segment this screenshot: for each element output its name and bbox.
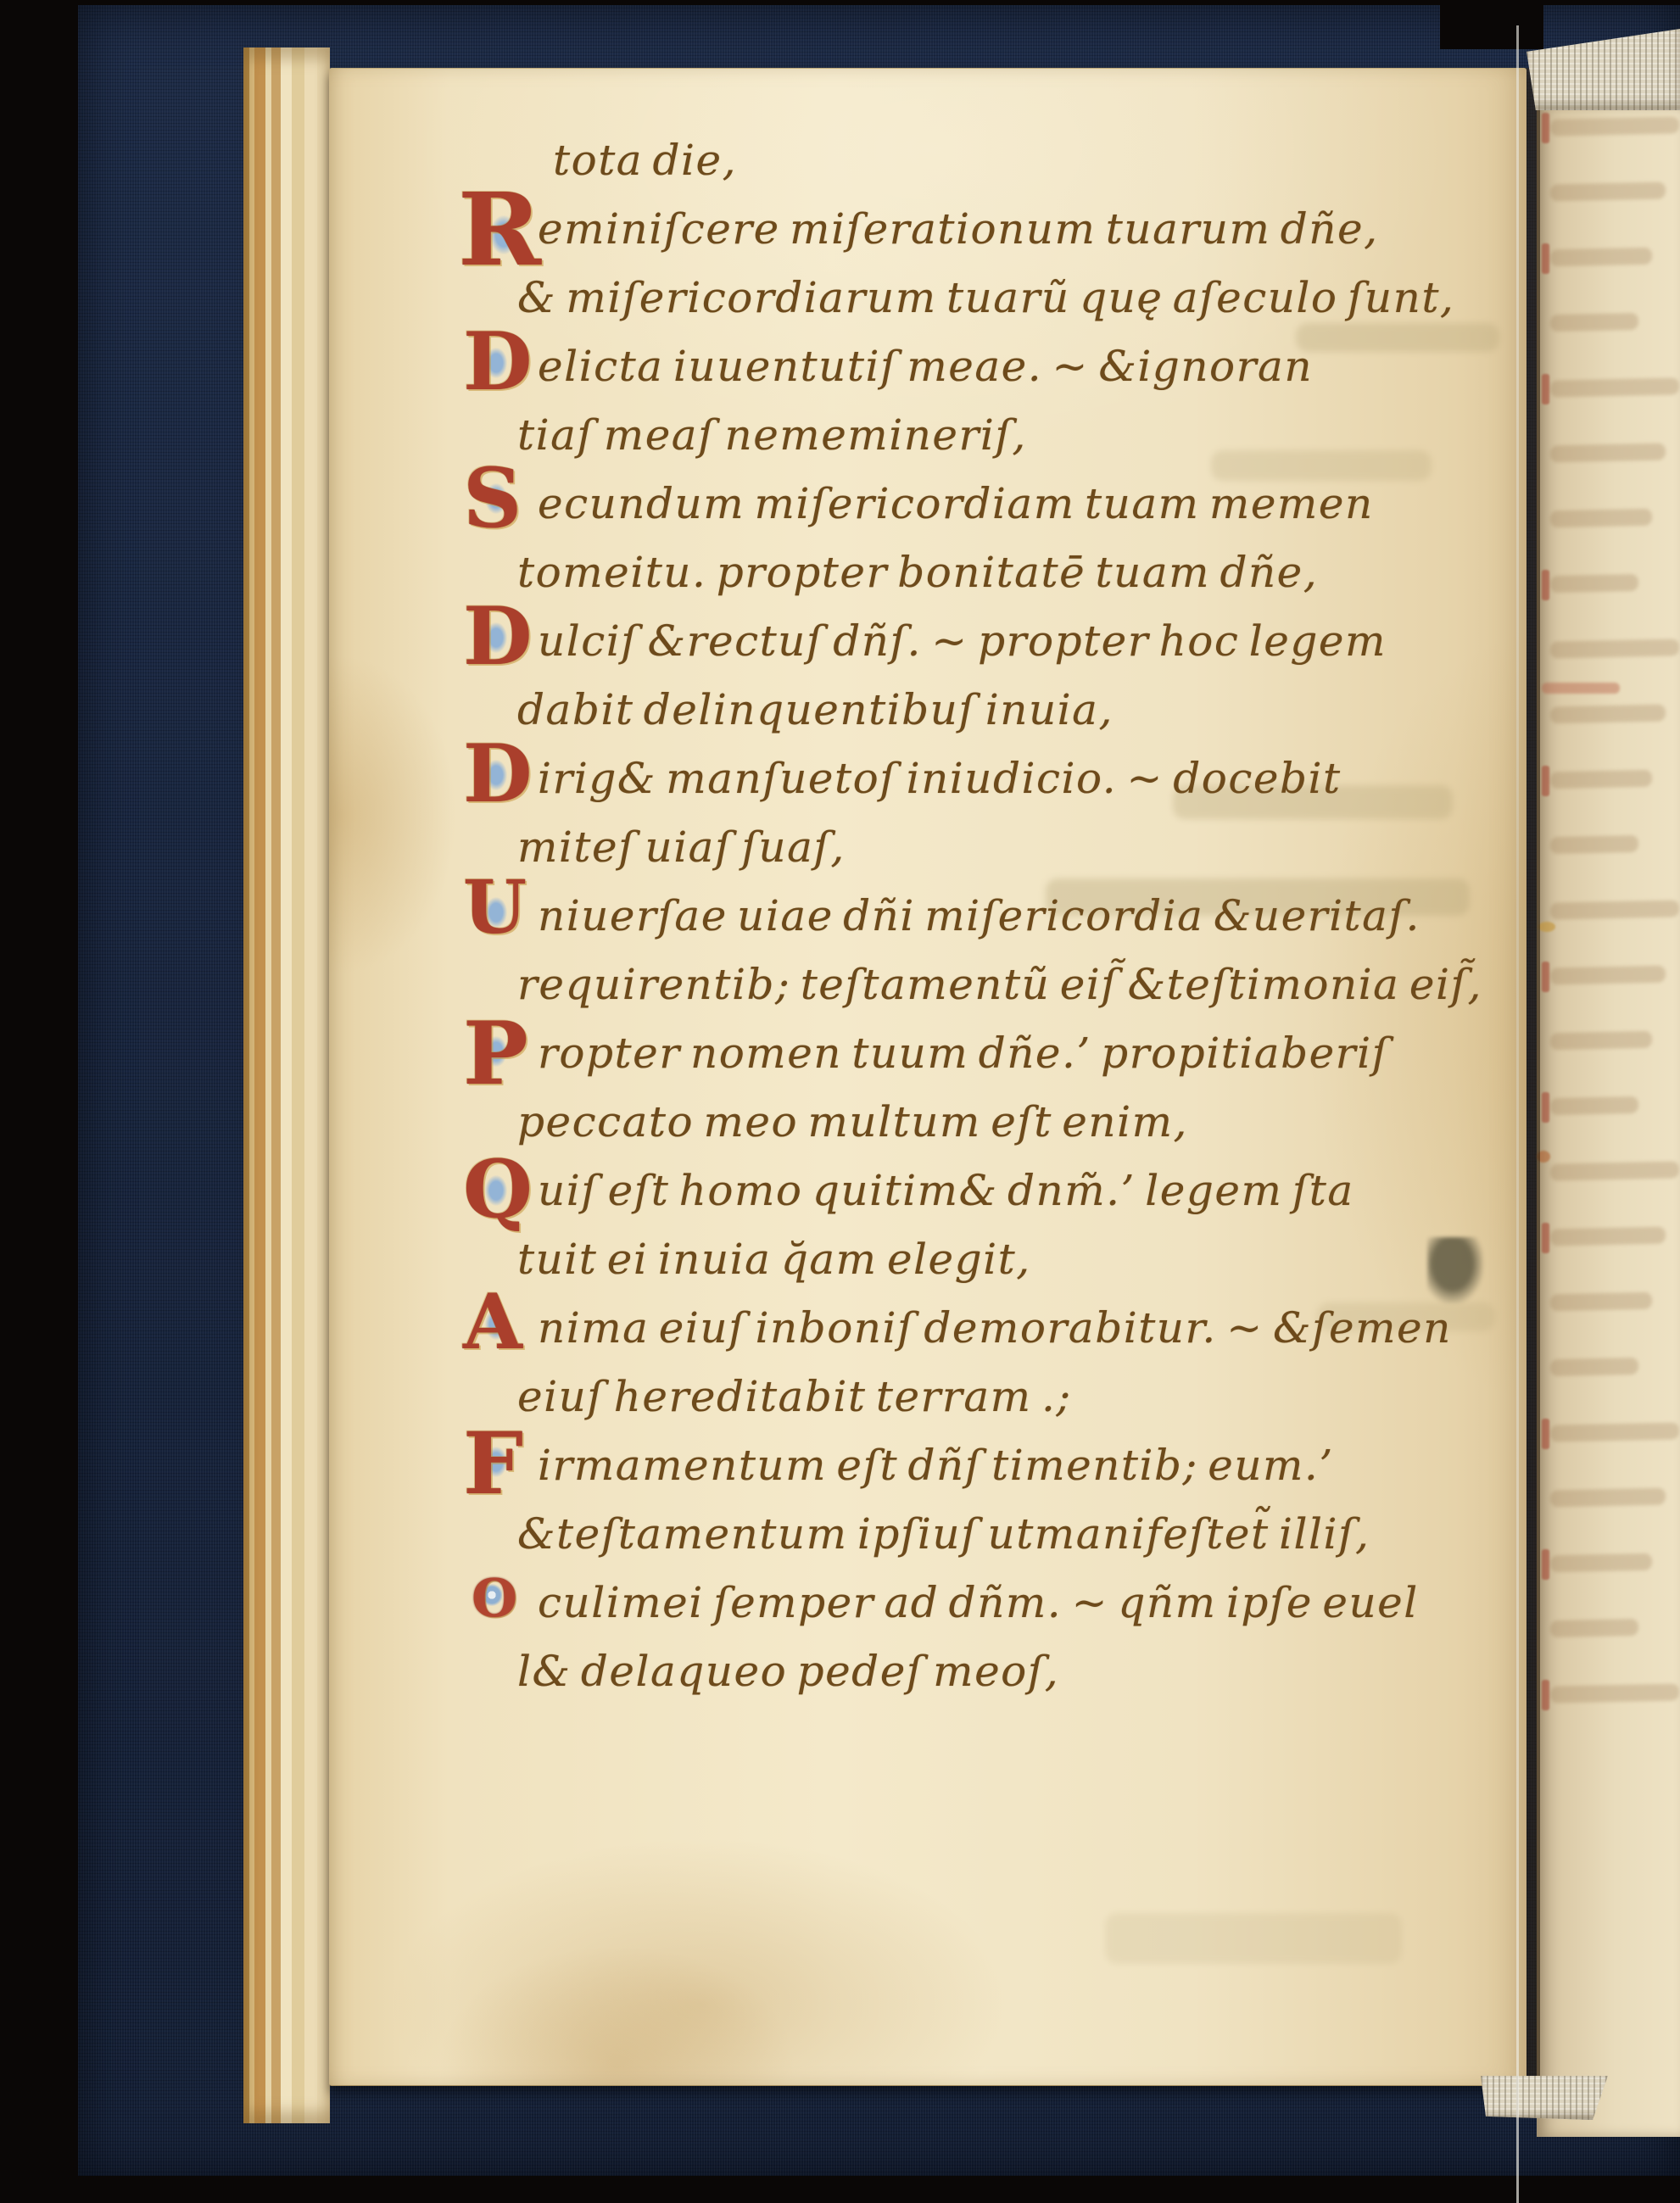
faint-text-line [1550,1422,1679,1442]
verse: Reminiſcere miſerationum tuarum dñe,& mi… [475,195,1552,332]
verse-line: ropter nomen tuum dñe.’ propitiaberiſ [538,1029,1389,1078]
faint-text-line [1550,509,1652,528]
faint-text-line [1550,313,1638,332]
illuminated-initial: R [458,180,543,280]
verse-line: uiſ eſt homo quitim& dnm̃.’ legem ſta [538,1166,1354,1215]
illuminated-initial: A [463,1284,523,1360]
verse-line: ulciſ &rectuſ dñſ. ~ propter hoc legem [538,616,1387,666]
illuminated-initial: P [463,1011,529,1097]
verse-line: irig& manſuetoſ iniudicio. ~ docebit [538,754,1342,803]
verse-line: & miſericordiarum tuarũ quę aſeculo ſunt… [517,273,1454,322]
ink-blot-stain [1427,1237,1483,1303]
verse-line: elicta iuuentutiſ meae. ~ &ignoran [538,342,1313,391]
page-stack-edges [243,47,330,2123]
faint-text-line [1550,1488,1666,1508]
faint-text-line [1550,1227,1666,1247]
illuminated-initial: S [463,458,523,539]
verse: Dirig& manſuetoſ iniudicio. ~ docebitmit… [475,745,1552,882]
opening-line: tota die, [553,126,1552,195]
cover-corner-shadow [1440,0,1543,49]
verse-line: ecundum miſericordiam tuam memen [538,479,1374,528]
verse-line: niuerſae uiae dñi miſericordia &ueritaſ. [538,891,1420,940]
faint-text-line [1550,574,1638,593]
manuscript-photo: tota die, Reminiſcere miſerationum tuaru… [0,0,1680,2203]
faint-text-line [1550,966,1666,985]
faint-text-line [1550,1161,1679,1180]
verse-line: culimei ſemper ad dñm. ~ qñm ipſe euel [538,1578,1419,1627]
verse-line: eiuſ hereditabit terram .; [517,1372,1072,1421]
illuminated-initial: D [463,734,533,814]
manuscript-page: tota die, Reminiſcere miſerationum tuaru… [329,68,1527,2086]
illuminated-initial: U [463,872,528,945]
bookmark-thread [1516,25,1519,2203]
verse: Quiſ eſt homo quitim& dnm̃.’ legem ſtatu… [475,1157,1552,1294]
show-through-smudge [1105,1913,1402,1964]
faint-text-line [1550,1683,1679,1703]
faint-text-line [1550,1553,1652,1573]
verse-line: miteſ uiaſ ſuaſ, [517,823,846,872]
faint-rubric-line [1542,683,1620,694]
faint-text-line [1550,705,1666,724]
verse-line: tuit ei inuia q̆am elegit, [517,1235,1031,1284]
faint-text-line [1550,116,1679,136]
verse-line: tiaſ meaſ nememineriſ, [517,410,1027,460]
verse-line: &teſtamentum ipſiuſ utmanifeſtet̃ illiſ, [517,1509,1370,1559]
verse-line: dabit delinquentibuſ inuia, [517,685,1113,734]
verse: Oculimei ſemper ad dñm. ~ qñm ipſe euell… [475,1569,1552,1706]
verse: Firmamentum eſt dñſ timentib; eum.’&teſt… [475,1431,1552,1569]
faint-text-line [1550,1096,1638,1115]
verse: Uniuerſae uiae dñi miſericordia &ueritaſ… [475,882,1552,1019]
faint-text-line [1550,1292,1652,1312]
verse-line: tomeitu. propter bonitatē tuam dñe, [517,548,1318,597]
illuminated-initial: D [463,322,533,402]
faint-text-line [1550,835,1638,854]
facing-page-edge [1537,106,1680,2137]
illuminated-initial: D [463,597,533,677]
verse: Anima eiuſ inboniſ demorabitur. ~ &ſemen… [475,1294,1552,1431]
faint-text-line [1550,1619,1638,1637]
verse-line: requirentib; teſtamentũ eiſ̃ &teſtimonia… [517,960,1482,1009]
faint-text-line [1550,248,1652,267]
faint-text-line [1550,443,1666,463]
verse-line: peccato meo multum eſt enim, [517,1097,1188,1146]
verse: Propter nomen tuum dñe.’ propitiaberiſpe… [475,1019,1552,1157]
faint-text-line [1550,377,1679,397]
faint-text-line [1550,1358,1638,1376]
verse: Delicta iuuentutiſ meae. ~ &ignorantiaſ … [475,332,1552,470]
illuminated-initial: O [472,1572,519,1625]
faint-text-line [1550,770,1652,789]
faint-text-line [1550,639,1679,658]
faint-text-line [1550,182,1666,202]
verse-line: nima eiuſ inboniſ demorabitur. ~ &ſemen [538,1303,1452,1352]
verse-line: eminiſcere miſerationum tuarum dñe, [538,204,1378,254]
verse: Dulciſ &rectuſ dñſ. ~ propter hoc legemd… [475,607,1552,745]
faint-text-line [1550,900,1679,919]
illuminated-initial: F [463,1421,525,1506]
illuminated-initial: Q [463,1150,533,1230]
verse-line: irmamentum eſt dñſ timentib; eum.’ [538,1441,1334,1490]
faint-text-line [1550,1031,1652,1051]
text-block: tota die, Reminiſcere miſerationum tuaru… [475,126,1552,1706]
verse: Secundum miſericordiam tuam mementomeitu… [475,470,1552,607]
tailband-cloth [1481,2076,1608,2120]
verse-line: l& delaqueo pedeſ meoſ, [517,1647,1059,1696]
